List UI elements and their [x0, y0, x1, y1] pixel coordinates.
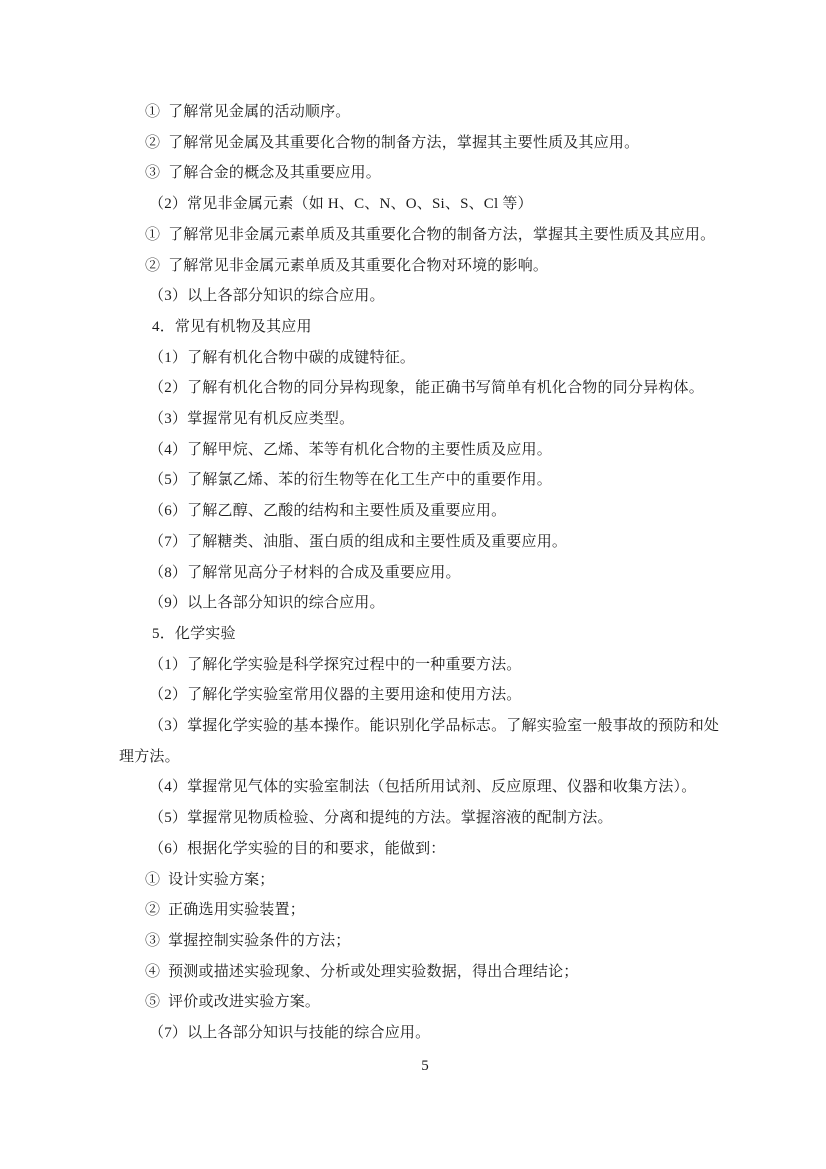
document-line: ⑤ 评价或改进实验方案。 [119, 987, 719, 1018]
document-line: （6）了解乙醇、乙酸的结构和主要性质及重要应用。 [119, 496, 719, 527]
document-line: （7）了解糖类、油脂、蛋白质的组成和主要性质及重要应用。 [119, 527, 719, 558]
document-line: （3）掌握化学实验的基本操作。能识别化学品标志。了解实验室一般事故的预防和处 [119, 711, 719, 742]
document-line: （6）根据化学实验的目的和要求，能做到： [119, 834, 719, 865]
document-line: （1）了解有机化合物中碳的成键特征。 [119, 343, 719, 374]
document-line: （5）了解氯乙烯、苯的衍生物等在化工生产中的重要作用。 [119, 465, 719, 496]
document-line: （2）了解有机化合物的同分异构现象，能正确书写简单有机化合物的同分异构体。 [119, 373, 719, 404]
document-line: （1）了解化学实验是科学探究过程中的一种重要方法。 [119, 650, 719, 681]
document-line: （3）以上各部分知识的综合应用。 [119, 281, 719, 312]
document-line: （2）常见非金属元素（如 H、C、N、O、Si、S、Cl 等） [119, 189, 719, 220]
document-line: （3）掌握常见有机反应类型。 [119, 404, 719, 435]
document-line: （5）掌握常见物质检验、分离和提纯的方法。掌握溶液的配制方法。 [119, 803, 719, 834]
document-line: （9）以上各部分知识的综合应用。 [119, 588, 719, 619]
document-line: （7）以上各部分知识与技能的综合应用。 [119, 1018, 719, 1049]
document-line: ④ 预测或描述实验现象、分析或处理实验数据，得出合理结论； [119, 957, 719, 988]
document-line: 理方法。 [119, 742, 719, 773]
document-line: ① 了解常见金属的活动顺序。 [119, 97, 719, 128]
document-line: ② 了解常见金属及其重要化合物的制备方法，掌握其主要性质及其应用。 [119, 128, 719, 159]
document-line: ① 设计实验方案； [119, 865, 719, 896]
document-line: 5．化学实验 [119, 619, 719, 650]
document-line: ② 了解常见非金属元素单质及其重要化合物对环境的影响。 [119, 251, 719, 282]
document-line: ② 正确选用实验装置； [119, 895, 719, 926]
document-line: 4．常见有机物及其应用 [119, 312, 719, 343]
document-line: （2）了解化学实验室常用仪器的主要用途和使用方法。 [119, 680, 719, 711]
document-page: ① 了解常见金属的活动顺序。② 了解常见金属及其重要化合物的制备方法，掌握其主要… [0, 0, 826, 1169]
page-number: 5 [120, 1056, 730, 1076]
document-line: （4）了解甲烷、乙烯、苯等有机化合物的主要性质及应用。 [119, 435, 719, 466]
document-line: ③ 掌握控制实验条件的方法； [119, 926, 719, 957]
document-line: （8）了解常见高分子材料的合成及重要应用。 [119, 558, 719, 589]
document-line: （4）掌握常见气体的实验室制法（包括所用试剂、反应原理、仪器和收集方法）。 [119, 772, 719, 803]
document-lines: ① 了解常见金属的活动顺序。② 了解常见金属及其重要化合物的制备方法，掌握其主要… [119, 97, 719, 1049]
document-line: ① 了解常见非金属元素单质及其重要化合物的制备方法，掌握其主要性质及其应用。 [119, 220, 719, 251]
document-line: ③ 了解合金的概念及其重要应用。 [119, 158, 719, 189]
